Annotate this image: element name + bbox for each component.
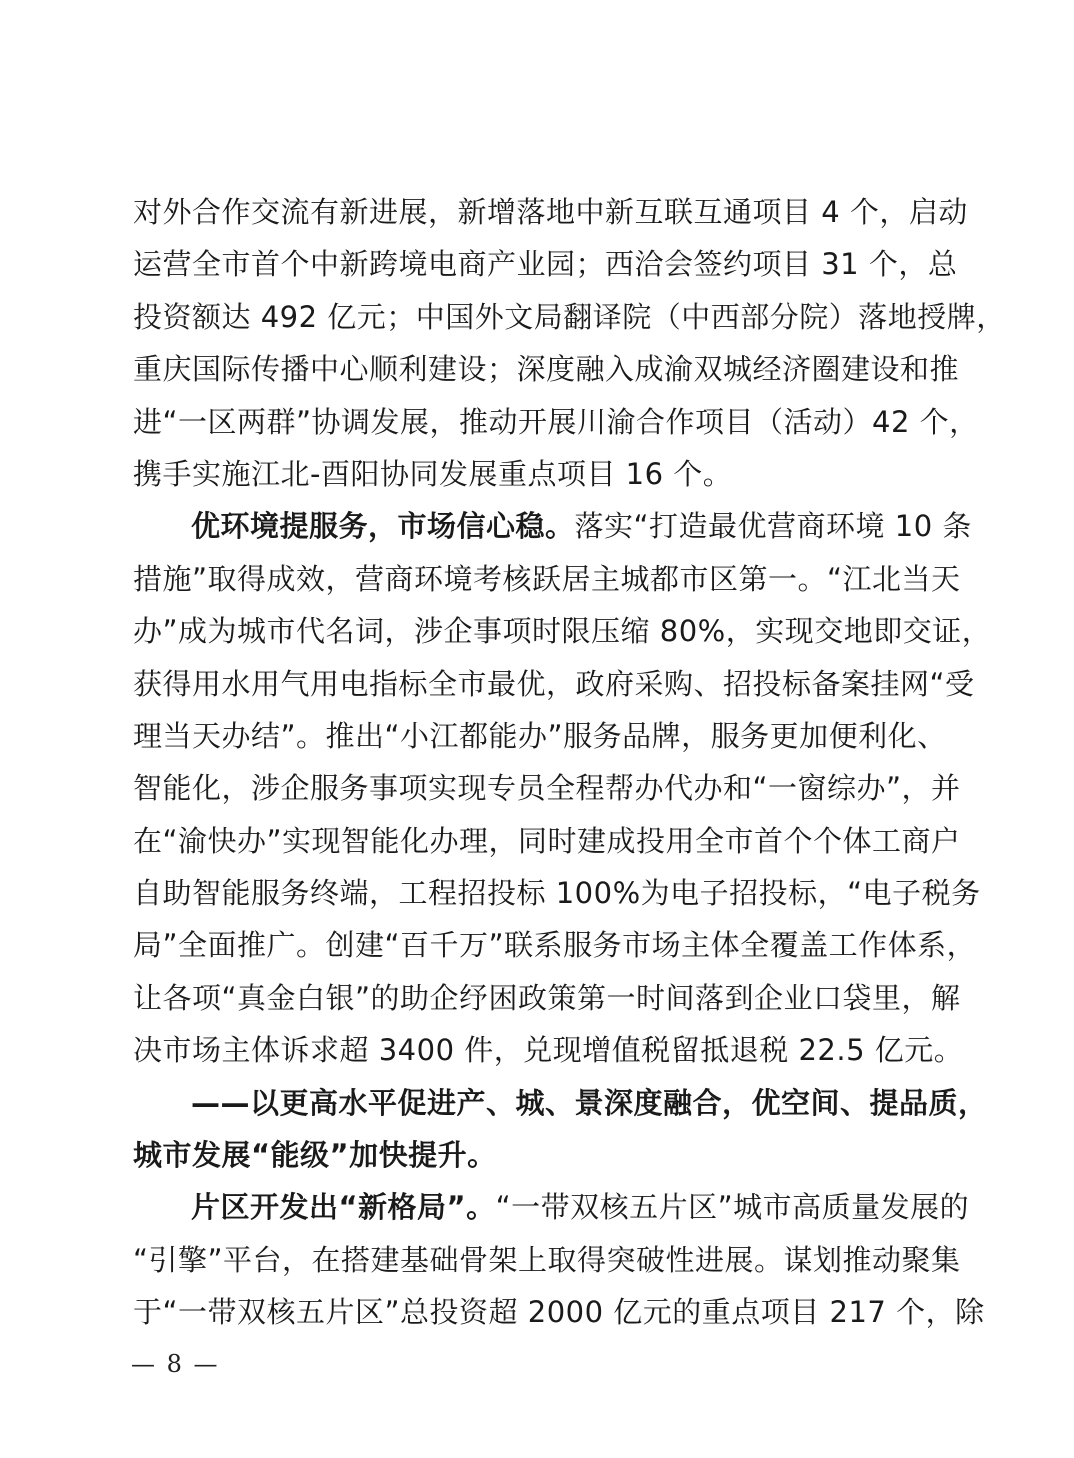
text-line: 智能化，涉企服务事项实现专员全程帮办代办和“一窗综办”，并	[133, 762, 943, 814]
text-line: 片区开发出“新格局”。“一带双核五片区”城市高质量发展的	[133, 1181, 943, 1233]
text-line: 办”成为城市代名词，涉企事项时限压缩 80%，实现交地即交证，	[133, 605, 943, 657]
text-line: 获得用水用气用电指标全市最优，政府采购、招投标备案挂网“受	[133, 658, 943, 710]
text-line: 在“渝快办”实现智能化办理，同时建成投用全市首个个体工商户	[133, 815, 943, 867]
page-number: — 8 —	[131, 1350, 220, 1378]
text-line: “引擎”平台，在搭建基础骨架上取得突破性进展。谋划推动聚集	[133, 1234, 943, 1286]
text-line: 携手实施江北-酉阳协同发展重点项目 16 个。	[133, 448, 943, 500]
text-line: 优环境提服务，市场信心稳。落实“打造最优营商环境 10 条	[133, 500, 943, 552]
text-line: 决市场主体诉求超 3400 件，兑现增值税留抵退税 22.5 亿元。	[133, 1024, 943, 1076]
section-heading-line: 城市发展“能级”加快提升。	[133, 1129, 943, 1181]
text-line: 局”全面推广。创建“百千万”联系服务市场主体全覆盖工作体系，	[133, 919, 943, 971]
paragraph-business-environment: 优环境提服务，市场信心稳。落实“打造最优营商环境 10 条 措施”取得成效，营商…	[133, 500, 943, 1076]
text-line: 让各项“真金白银”的助企纾困政策第一时间落到企业口袋里，解	[133, 972, 943, 1024]
text-line: 于“一带双核五片区”总投资超 2000 亿元的重点项目 217 个，除	[133, 1286, 943, 1338]
text-line: 进“一区两群”协调发展，推动开展川渝合作项目（活动）42 个，	[133, 396, 943, 448]
text-line: 理当天办结”。推出“小江都能办”服务品牌，服务更加便利化、	[133, 710, 943, 762]
text-line: 措施”取得成效，营商环境考核跃居主城都市区第一。“江北当天	[133, 553, 943, 605]
paragraph-heading: 片区开发出“新格局”。	[191, 1190, 496, 1224]
text-line: 重庆国际传播中心顺利建设；深度融入成渝双城经济圈建设和推	[133, 343, 943, 395]
text-line: 自助智能服务终端，工程招投标 100%为电子招投标，“电子税务	[133, 867, 943, 919]
paragraph-district-development: 片区开发出“新格局”。“一带双核五片区”城市高质量发展的 “引擎”平台，在搭建基…	[133, 1181, 943, 1338]
text-span: “一带双核五片区”城市高质量发展的	[496, 1190, 970, 1224]
section-heading: ——以更高水平促进产、城、景深度融合，优空间、提品质， 城市发展“能级”加快提升…	[133, 1077, 943, 1182]
section-heading-line: ——以更高水平促进产、城、景深度融合，优空间、提品质，	[133, 1077, 943, 1129]
paragraph-heading: 优环境提服务，市场信心稳。	[191, 509, 575, 543]
text-line: 运营全市首个中新跨境电商产业园；西洽会签约项目 31 个，总	[133, 238, 943, 290]
text-line: 投资额达 492 亿元；中国外文局翻译院（中西部分院）落地授牌，	[133, 291, 943, 343]
paragraph-external-cooperation: 对外合作交流有新进展，新增落地中新互联互通项目 4 个，启动 运营全市首个中新跨…	[133, 186, 943, 500]
document-page: 对外合作交流有新进展，新增落地中新互联互通项目 4 个，启动 运营全市首个中新跨…	[133, 186, 943, 1339]
text-span: 落实“打造最优营商环境 10 条	[575, 509, 972, 543]
text-line: 对外合作交流有新进展，新增落地中新互联互通项目 4 个，启动	[133, 186, 943, 238]
